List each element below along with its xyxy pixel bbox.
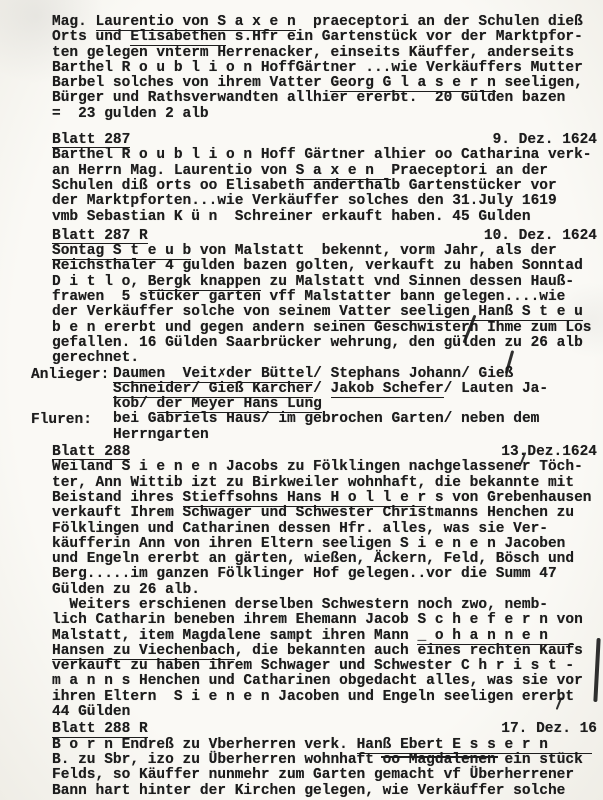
text-segment: frawen 5 stücker garten vff Malstatter b… <box>52 289 565 305</box>
text-segment: Barthel R o u b l i o n Hoff Gärtner alh… <box>52 147 592 163</box>
text-segment: Berg.....im ganzen Fölklinger Hof gelege… <box>52 566 557 582</box>
text-segment: der Marktpforten...wie Verkäuffer solche… <box>52 193 557 209</box>
text-line: der Marktpforten...wie Verkäuffer solche… <box>52 194 599 209</box>
text-segment: 44 Gülden <box>52 704 130 720</box>
text-segment: ten gelegen vnterm Herrenacker, einseits… <box>52 45 574 61</box>
text-line: Berg.....im ganzen Fölklinger Hof gelege… <box>52 567 599 582</box>
text-segment: vmb Sebastian K ü n Schreiner erkauft ha… <box>52 209 531 225</box>
text-segment: Reichsthaler 4 gulden bazen golten, verk… <box>52 258 583 274</box>
text-line: Orts und Elisabethen s.Hfr ein Gartenstü… <box>52 30 599 45</box>
text-line: Weiland S i e n e n Jacobs zu Fölklingen… <box>52 460 599 475</box>
entry-header-date: 17. Dez. 16 <box>501 722 597 737</box>
text-segment: bei Gabriels Haus/ im gebrochen Garten/ … <box>113 411 539 427</box>
text-segment: an Herrn Mag. Laurentio von <box>52 163 296 179</box>
text-segment: Barthel R o u b l i o n HoffGärtner ...w… <box>52 60 583 76</box>
entry-continuation: Mag. Laurentio von S a x e n praeceptori… <box>52 15 599 122</box>
text-segment: Fölklingen und Catharinen dessen Hfr. al… <box>52 521 548 537</box>
text-line: verkauft Ihrem Schwager und Schwester Ch… <box>52 506 599 521</box>
text-segment: Weiters erschienen derselben Schwestern … <box>52 597 548 613</box>
entry-header-title: Blatt 288 R <box>52 722 148 737</box>
text-line: ihren Eltern S i e n e n Jacoben und Eng… <box>52 690 599 705</box>
text-line: Hansen zu Viechenbach, die bekannten auc… <box>52 644 599 659</box>
text-line: vmb Sebastian K ü n Schreiner erkauft ha… <box>52 210 599 225</box>
text-line: käufferin Ann von ihren Eltern seeligen … <box>52 537 599 552</box>
text-line: gerechnet. <box>52 351 599 366</box>
text-segment: Mag. <box>52 14 96 30</box>
text-segment: ein stück <box>496 752 583 768</box>
text-segment: Malstatt, item Magdalene sampt ihren Man… <box>52 628 417 644</box>
text-line: Reichsthaler 4 gulden bazen golten, verk… <box>52 259 599 274</box>
text-segment: Praeceptori an der <box>391 163 548 179</box>
anlieger-list: Anlieger:Daumen Veit✗der Büttel/ Stephan… <box>52 367 599 413</box>
text-segment: b e n ererbt und gegen andern seinen Ges… <box>52 320 592 336</box>
text-line: Barthel R o u b l i o n Hoff Gärtner alh… <box>52 148 599 163</box>
text-segment: , die bekannten auch eines rechten Kaufs <box>235 643 583 659</box>
entry-blatt-288r: B o r n Endreß zu Vberherren verk. Hanß … <box>52 738 599 799</box>
entry-header-date: 10. Dez. 1624 <box>484 229 597 244</box>
text-segment: ter, Ann Wittib izt zu Birkweiler wohnha… <box>52 475 574 491</box>
text-line: Daumen Veit✗der Büttel/ Stephans Johann/… <box>52 367 599 382</box>
text-segment: = 23 gulden 2 alb <box>52 106 209 122</box>
text-segment: / Stephans Johann/ Gieß <box>313 366 513 382</box>
text-line: B o r n Endreß zu Vberherren verk. Hanß … <box>52 738 599 753</box>
text-line: ten gelegen vnterm Herrenacker, einseits… <box>52 46 599 61</box>
entry-header-line: Blatt 287 R10. Dez. 1624 <box>52 229 599 244</box>
text-segment: / Lauten Ja- <box>444 381 548 397</box>
text-segment: Beistand ihres <box>52 490 183 506</box>
entry-header-blatt-287r: Blatt 287 R10. Dez. 1624 <box>52 229 599 244</box>
text-line: Malstatt, item Magdalene sampt ihren Man… <box>52 629 599 644</box>
text-line: Felds, so Käuffer nunmehr zum Garten gem… <box>52 768 599 783</box>
text-line: an Herrn Mag. Laurentio von S a x e n Pr… <box>52 164 599 179</box>
text-segment: Gülden zu 26 alb. <box>52 582 200 598</box>
text-line: b e n ererbt und gegen andern seinen Ges… <box>52 321 599 336</box>
text-segment: oo Magdalenen <box>383 752 496 768</box>
text-segment: ihren Eltern S i e n e n Jacoben und Eng… <box>52 689 574 705</box>
text-segment: gerechnet. <box>52 350 139 366</box>
text-segment: Daumen Veit✗der Büttel <box>113 366 313 383</box>
document-body: Mag. Laurentio von S a x e n praeceptori… <box>52 15 599 799</box>
text-line: der Verkäuffer solche von seinem Vatter … <box>52 305 599 320</box>
entry-blatt-287: Barthel R o u b l i o n Hoff Gärtner alh… <box>52 148 599 224</box>
text-line: ter, Ann Wittib izt zu Birkweiler wohnha… <box>52 476 599 491</box>
text-segment: Jakob Schefer <box>331 381 444 398</box>
side-label: Fluren: <box>31 412 92 428</box>
text-segment: Herrngarten <box>113 427 209 443</box>
text-segment: verkauft zu haben ihrem Schwager und Sch… <box>52 658 574 674</box>
text-segment: Orts und <box>52 29 130 45</box>
text-line: D i t l o, Bergk knappen zu Malstatt vnd… <box>52 275 599 290</box>
text-segment: Bürger und Rathsverwandten allhier ererb… <box>52 90 565 106</box>
text-line: Bürger und Rathsverwandten allhier ererb… <box>52 91 599 106</box>
fluren-list: Fluren:bei Gabriels Haus/ im gebrochen G… <box>52 412 599 443</box>
text-segment: s.Hfr ein Gartenstück vor der Marktpfor- <box>226 29 583 45</box>
text-line: 44 Gülden <box>52 705 599 720</box>
text-line: m a n n s Henchen und Catharinen obgedac… <box>52 674 599 689</box>
entry-blatt-288-continued: Weiters erschienen derselben Schwestern … <box>52 598 599 720</box>
text-segment: Barbel solches von ihrem Vatter <box>52 75 330 91</box>
entry-blatt-287r: Sontag S t e u b von Malstatt bekennt, v… <box>52 244 599 366</box>
text-segment: B o r n Endreß zu Vberherren verk. <box>52 737 357 753</box>
text-line: Herrngarten <box>52 428 599 443</box>
text-line: Mag. Laurentio von S a x e n praeceptori… <box>52 15 599 30</box>
text-segment: Weiland S i e n e n Jacobs zu Fölklingen… <box>52 459 583 475</box>
text-line: Weiters erschienen derselben Schwestern … <box>52 598 599 613</box>
text-segment: zu Malstatt vnd Sinnen dessen Hauß- <box>261 274 574 290</box>
text-segment: der Verkäuffer solche von seinem <box>52 304 339 320</box>
text-line: = 23 gulden 2 alb <box>52 107 599 122</box>
text-segment: verkauft Ihrem Schwager und Schwester Ch… <box>52 505 574 521</box>
text-segment: Felds, so Käuffer nunmehr zum Garten gem… <box>52 767 574 783</box>
text-segment: s von Grebenhausen <box>426 490 591 506</box>
text-segment: D i t l o, <box>52 274 148 290</box>
text-line: Barthel R o u b l i o n HoffGärtner ...w… <box>52 61 599 76</box>
text-segment: lich Catharin beneben ihrem Ehemann Jaco… <box>52 612 583 628</box>
text-segment: praeceptori an der Schulen dieß <box>296 14 583 30</box>
text-segment: m a n n s Henchen und Catharinen obgedac… <box>52 673 583 689</box>
text-line: gefallen. 16 Gülden Saarbrücker wehrung,… <box>52 336 599 351</box>
entry-header-title: Blatt 287 R <box>52 229 148 244</box>
entry-blatt-288: Weiland S i e n e n Jacobs zu Fölklingen… <box>52 460 599 598</box>
scanned-document-page: Mag. Laurentio von S a x e n praeceptori… <box>0 0 603 800</box>
text-segment: / <box>313 381 330 397</box>
text-segment: von Malstatt bekennt, vorm Jahr, als der <box>191 243 556 259</box>
text-segment: kob/ <box>113 396 157 412</box>
text-segment: käufferin Ann von ihren Eltern seeligen … <box>52 536 565 552</box>
text-line: lich Catharin beneben ihrem Ehemann Jaco… <box>52 613 599 628</box>
text-line: bei Gabriels Haus/ im gebrochen Garten/ … <box>52 412 599 427</box>
text-line: Beistand ihres Stieffsohns Hans H o l l … <box>52 491 599 506</box>
text-segment: B. zu Sbr, izo zu Überherren wohnhaft <box>52 752 383 768</box>
text-segment: Bann hart hinter der Kirchen gelegen, wi… <box>52 783 565 799</box>
text-line: B. zu Sbr, izo zu Überherren wohnhaft oo… <box>52 753 599 768</box>
text-line: Fölklingen und Catharinen dessen Hfr. al… <box>52 522 599 537</box>
text-segment: Schulen diß orts oo Elisabeth anderthalb… <box>52 178 557 194</box>
text-segment: gefallen. 16 Gülden Saarbrücker wehrung,… <box>52 335 583 351</box>
text-line: Schneider/ Gieß Karcher/ Jakob Schefer/ … <box>52 382 599 397</box>
entry-header-line: Blatt 288 R17. Dez. 16 <box>52 722 599 737</box>
text-line: Schulen diß orts oo Elisabeth anderthalb… <box>52 179 599 194</box>
text-line: Gülden zu 26 alb. <box>52 583 599 598</box>
entry-header-blatt-288r: Blatt 288 R17. Dez. 16 <box>52 722 599 737</box>
text-segment: und Engeln ererbt an gärten, wießen, Äck… <box>52 551 574 567</box>
text-segment: seeligen, <box>496 75 583 91</box>
side-label: Anlieger: <box>31 367 109 383</box>
text-line: Bann hart hinter der Kirchen gelegen, wi… <box>52 784 599 799</box>
